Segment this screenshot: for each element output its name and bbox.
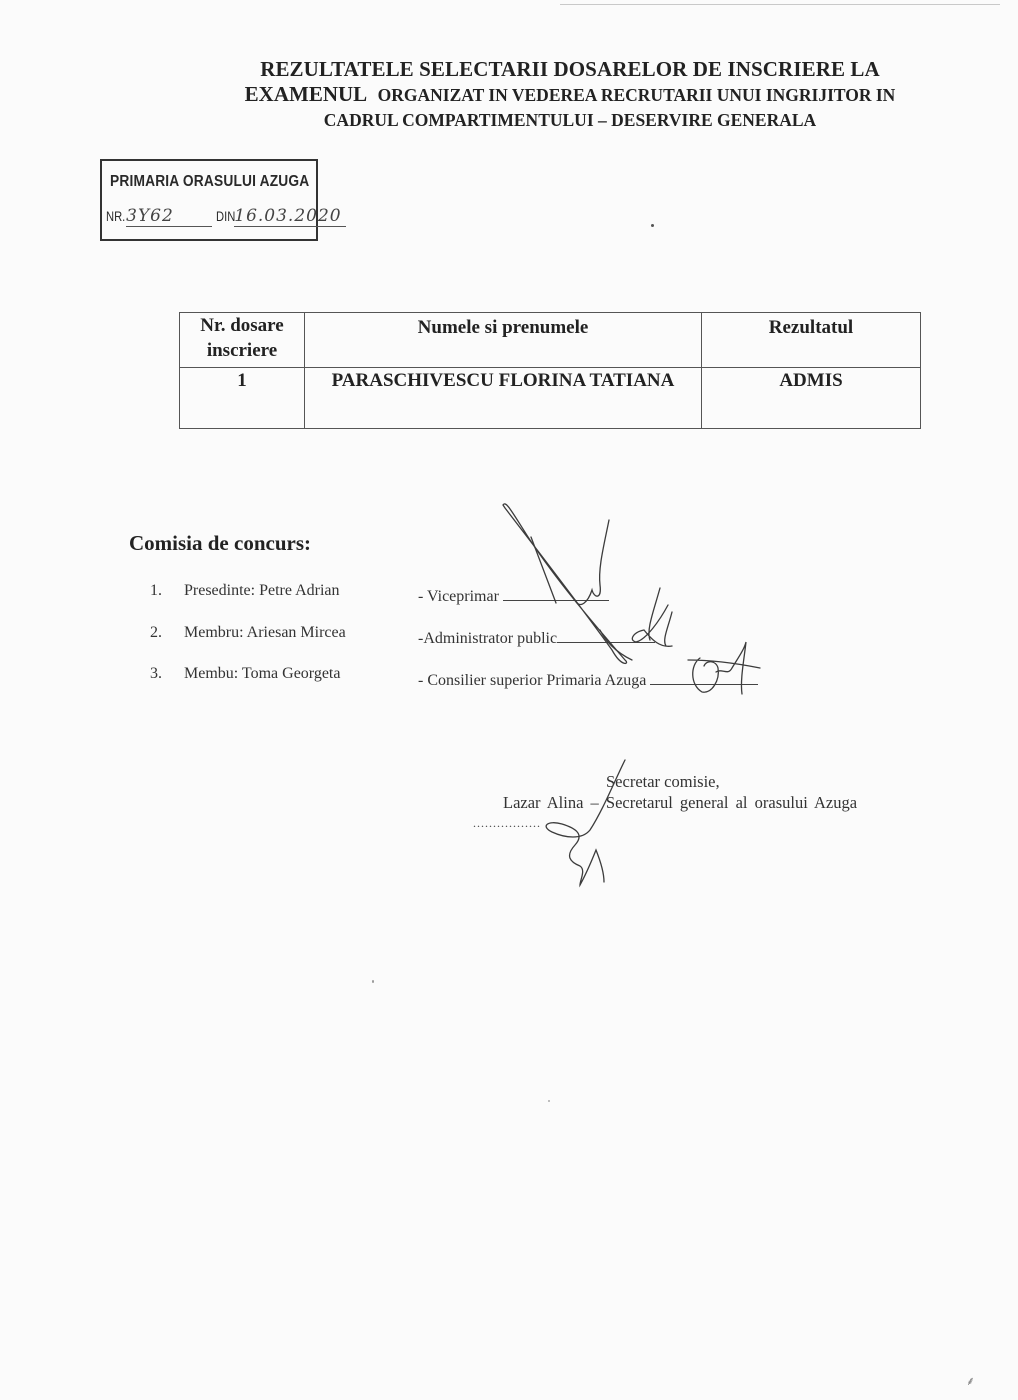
results-table: Nr. dosare inscriere Numele si prenumele… [179, 312, 921, 429]
signature-line [557, 628, 655, 643]
member-name: Presedinte: Petre Adrian [184, 582, 340, 600]
title-line-2: EXAMENUL ORGANIZAT IN VEDEREA RECRUTARII… [150, 82, 990, 108]
scan-speck [651, 224, 654, 227]
stamp-nr-value: 3Y62 [126, 206, 212, 227]
secretary-signature-dots: ................. [473, 816, 541, 831]
scan-speck [548, 1100, 550, 1102]
role-label: -Administrator public [418, 630, 557, 647]
role-label: - Consilier superior Primaria Azuga [418, 672, 646, 689]
member-number: 2. [150, 624, 162, 642]
cell-name: PARASCHIVESCU FLORINA TATIANA [305, 368, 702, 429]
signature-line [650, 670, 758, 685]
member-name: Membru: Ariesan Mircea [184, 624, 346, 642]
header-rezultat: Rezultatul [702, 313, 921, 368]
table-header-row: Nr. dosare inscriere Numele si prenumele… [180, 313, 921, 368]
stamp-din-label: DIN [216, 208, 235, 224]
scan-edge-line [560, 4, 1000, 5]
signature-line [503, 586, 609, 601]
cell-nr: 1 [180, 368, 305, 429]
document-title: REZULTATELE SELECTARII DOSARELOR DE INSC… [150, 57, 990, 133]
stamp-registration-row: NR.3Y62DIN16.03.2020 [106, 206, 346, 227]
role-viceprimar: - Viceprimar [418, 586, 609, 606]
stamp-organization: PRIMARIA ORASULUI AZUGA [110, 173, 309, 191]
member-name: Membu: Toma Georgeta [184, 665, 340, 683]
header-nr-dosare: Nr. dosare inscriere [180, 313, 305, 368]
title-line-1: REZULTATELE SELECTARII DOSARELOR DE INSC… [150, 57, 990, 82]
scan-corner-mark: ⸙ [966, 1372, 975, 1389]
scan-speck [372, 980, 374, 983]
cell-result: ADMIS [702, 368, 921, 429]
stamp-din-value: 16.03.2020 [234, 206, 346, 227]
secretary-name: Lazar Alina – Secretarul general al oras… [503, 793, 857, 813]
table-row: 1 PARASCHIVESCU FLORINA TATIANA ADMIS [180, 368, 921, 429]
commission-heading: Comisia de concurs: [129, 531, 311, 556]
stamp-nr-label: NR. [106, 208, 125, 224]
role-administrator: -Administrator public [418, 628, 655, 648]
member-number: 3. [150, 665, 162, 683]
header-nume: Numele si prenumele [305, 313, 702, 368]
registration-stamp: PRIMARIA ORASULUI AZUGA NR.3Y62DIN16.03.… [100, 159, 318, 241]
title-line-3: CADRUL COMPARTIMENTULUI – DESERVIRE GENE… [150, 108, 990, 133]
title-line-2-rest: ORGANIZAT IN VEDEREA RECRUTARII UNUI ING… [378, 85, 896, 105]
role-label: - Viceprimar [418, 588, 499, 605]
secretary-label: Secretar comisie, [606, 772, 720, 792]
role-consilier: - Consilier superior Primaria Azuga [418, 670, 758, 690]
title-line-2-main: EXAMENUL [245, 82, 368, 106]
member-number: 1. [150, 582, 162, 600]
